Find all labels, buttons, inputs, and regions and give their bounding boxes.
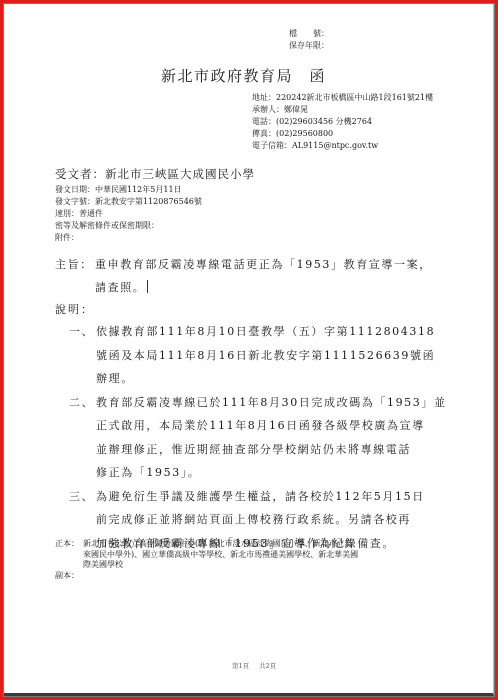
item-line: 前完成修正並將網站頁面上傳校務行政系統。另請各校再 [69, 508, 447, 532]
item-line: 修正為「1953」。 [69, 461, 447, 485]
original-recipients-line: 際美國學校 [55, 560, 358, 571]
copy-recipients-label: 副本： [55, 571, 83, 582]
item-line: 為避免衍生爭議及維護學生權益，請各校於112年5月15日 [96, 490, 425, 503]
page-number: 第1頁 [232, 662, 249, 670]
explanation-items: 一、依據教育部111年8月10日臺教學（五）字第1112804318 號函及本局… [69, 320, 447, 555]
item-number: 一、 [69, 320, 96, 344]
subject-line: 重申教育部反霸凌專線電話更正為「1953」教育宣導一案， [95, 258, 432, 271]
original-recipients-line: 新北市各公私立高中職暨國中小(除 新北市淡水區淡海國民小學、新北市立烏 [83, 539, 353, 548]
item-line: 正式啟用，本局業於111年8月16日函發各級學校廣為宣導 [69, 414, 447, 438]
item-number: 三、 [69, 485, 96, 509]
archive-info: 檔 號： 保存年限： [289, 28, 329, 52]
distribution-list: 正本：新北市各公私立高中職暨國中小(除 新北市淡水區淡海國民小學、新北市立烏 來… [55, 539, 358, 581]
original-recipients-line: 來國民中學外)、國立華僑高級中等學校、新北市馬禮遜美國學校、新北華美國 [55, 550, 358, 561]
item-line: 依據教育部111年8月10日臺教學（五）字第1112804318 [96, 325, 435, 338]
email: 電子信箱：AL9115@ntpc.gov.tw [252, 140, 433, 152]
recipient: 受文者：新北市三峽區大成國民小學 [55, 166, 255, 182]
handler: 承辦人：鄭偉晁 [252, 104, 433, 116]
item-line: 號函及本局111年8月16日新北教安字第1111526639號函 [69, 344, 447, 368]
item-number: 二、 [69, 391, 96, 415]
fax: 傳真：(02)29560800 [252, 128, 433, 140]
explanation-item-2: 二、教育部反霸凌專線已於111年8月30日完成改碼為「1953」並 正式啟用，本… [69, 391, 447, 485]
retention-period-label: 保存年限： [289, 40, 329, 52]
subject-section[interactable]: 主旨：重申教育部反霸凌專線電話更正為「1953」教育宣導一案， 請查照。 [55, 253, 432, 299]
delivery-speed: 速別：普通件 [55, 208, 202, 220]
page-footer: 第1頁共2頁 [232, 661, 276, 670]
page-total: 共2頁 [259, 662, 276, 670]
outer-frame: 檔 號： 保存年限： 新北市政府教育局 函 地址：220242新北市板橋區中山路… [3, 3, 495, 697]
explanation-label: 說明： [55, 301, 94, 317]
item-line: 辦理。 [69, 367, 447, 391]
contact-block: 地址：220242新北市板橋區中山路1段161號21樓 承辦人：鄭偉晁 電話：(… [252, 92, 433, 152]
document-title: 新北市政府教育局 函 [161, 65, 326, 86]
secrecy-level: 密等及解密條件或保密期限： [55, 220, 202, 232]
attachment: 附件： [55, 232, 202, 244]
address: 地址：220242新北市板橋區中山路1段161號21樓 [252, 92, 433, 104]
issue-number: 發文字號：新北教安字第1120876546號 [55, 196, 202, 208]
document-page: 檔 號： 保存年限： 新北市政府教育局 函 地址：220242新北市板橋區中山路… [4, 4, 494, 696]
subject-label: 主旨： [55, 253, 95, 276]
text-cursor [147, 280, 148, 293]
original-recipients-label: 正本： [55, 539, 83, 550]
phone: 電話：(02)29603456 分機2764 [252, 116, 433, 128]
issue-date: 發文日期：中華民國112年5月11日 [55, 184, 202, 196]
document-meta: 發文日期：中華民國112年5月11日 發文字號：新北教安字第1120876546… [55, 184, 202, 244]
item-line: 教育部反霸凌專線已於111年8月30日完成改碼為「1953」並 [96, 396, 447, 409]
explanation-item-1: 一、依據教育部111年8月10日臺教學（五）字第1112804318 號函及本局… [69, 320, 447, 391]
subject-line: 請查照。 [95, 281, 145, 294]
file-number-label: 檔 號： [289, 28, 329, 40]
item-line: 並辦理修正，惟近期經抽查部分學校網站仍未將專線電話 [69, 438, 447, 462]
